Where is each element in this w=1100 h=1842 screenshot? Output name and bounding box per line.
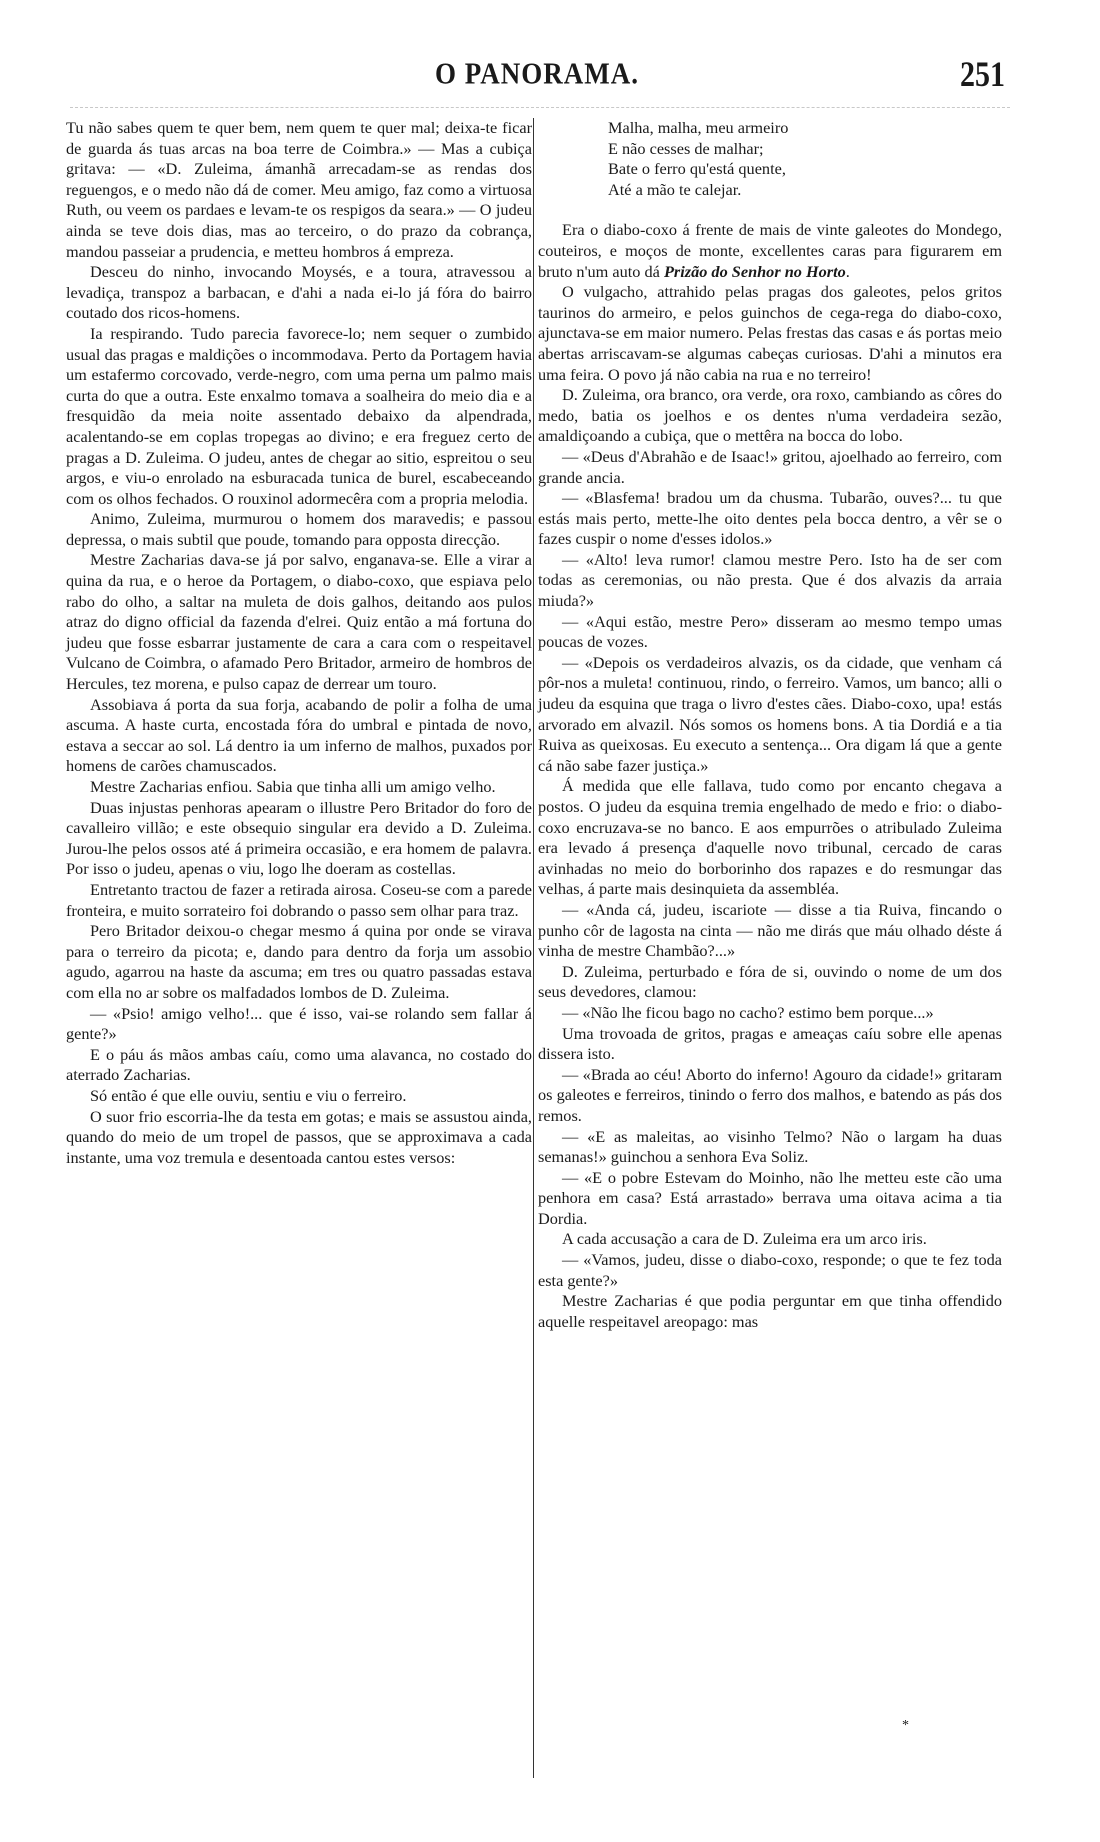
paragraph: Uma trovoada de gritos, pragas e ameaças… (538, 1024, 1002, 1065)
paragraph: — «Vamos, judeu, disse o diabo-coxo, res… (538, 1250, 1002, 1291)
paragraph: — «E as maleitas, ao visinho Telmo? Não … (538, 1127, 1002, 1168)
header-rule (70, 107, 1010, 108)
paragraph: O vulgacho, attrahido pelas pragas dos g… (538, 282, 1002, 385)
verse-line: Malha, malha, meu armeiro (608, 118, 1002, 139)
right-column: Malha, malha, meu armeiro E não cesses d… (538, 118, 1002, 1332)
paragraph: O suor frio escorria-lhe da testa em got… (66, 1107, 532, 1169)
page-number: 251 (960, 55, 1005, 96)
paragraph: Pero Britador deixou-o chegar mesmo á qu… (66, 921, 532, 1003)
left-column: Tu não sabes quem te quer bem, nem quem … (66, 118, 532, 1168)
paragraph: — «Blasfema! bradou um da chusma. Tubarã… (538, 488, 1002, 550)
paragraph: — «E o pobre Estevam do Moinho, não lhe … (538, 1168, 1002, 1230)
paragraph: Duas injustas penhoras apearam o illustr… (66, 798, 532, 880)
paragraph: Mestre Zacharias é que podia perguntar e… (538, 1291, 1002, 1332)
paragraph: A cada accusação a cara de D. Zuleima er… (538, 1229, 1002, 1250)
paragraph: Assobiava á porta da sua forja, acabando… (66, 695, 532, 777)
column-divider (533, 118, 534, 1778)
italic-title: Prizão do Senhor no Horto (664, 262, 846, 281)
paragraph: — «Não lhe ficou bago no cacho? estimo b… (538, 1003, 1002, 1024)
page-header: O PANORAMA. 251 (0, 58, 1100, 98)
paragraph: Tu não sabes quem te quer bem, nem quem … (66, 118, 532, 262)
asterisk-ornament: * (902, 1718, 909, 1734)
verse-line: Até a mão te calejar. (608, 180, 1002, 201)
paragraph: E o páu ás mãos ambas caíu, como uma ala… (66, 1045, 532, 1086)
paragraph: Entretanto tractou de fazer a retirada a… (66, 880, 532, 921)
paragraph: Desceu do ninho, invocando Moysés, e a t… (66, 262, 532, 324)
verse-line: E não cesses de malhar; (608, 139, 1002, 160)
paragraph: D. Zuleima, ora branco, ora verde, ora r… (538, 385, 1002, 447)
paragraph: — «Deus d'Abrahão e de Isaac!» gritou, a… (538, 447, 1002, 488)
paragraph: — «Brada ao céu! Aborto do inferno! Agou… (538, 1065, 1002, 1127)
paragraph: Mestre Zacharias dava-se já por salvo, e… (66, 550, 532, 694)
paragraph: Mestre Zacharias enfiou. Sabia que tinha… (66, 777, 532, 798)
paragraph: Ia respirando. Tudo parecia favorece-lo;… (66, 324, 532, 509)
paragraph: — «Aqui estão, mestre Pero» disseram ao … (538, 612, 1002, 653)
page-title: O PANORAMA. (435, 56, 639, 92)
paragraph: — «Alto! leva rumor! clamou mestre Pero.… (538, 550, 1002, 612)
paragraph: Só então é que elle ouviu, sentiu e viu … (66, 1086, 532, 1107)
paragraph: — «Depois os verdadeiros alvazis, os da … (538, 653, 1002, 777)
paragraph: — «Psio! amigo velho!... que é isso, vai… (66, 1004, 532, 1045)
paragraph: — «Anda cá, judeu, iscariote — disse a t… (538, 900, 1002, 962)
paragraph: Era o diabo-coxo á frente de mais de vin… (538, 220, 1002, 282)
verse-line: Bate o ferro qu'está quente, (608, 159, 1002, 180)
paragraph: Á medida que elle fallava, tudo como por… (538, 776, 1002, 900)
paragraph: D. Zuleima, perturbado e fóra de si, ouv… (538, 962, 1002, 1003)
verse-block: Malha, malha, meu armeiro E não cesses d… (608, 118, 1002, 200)
paragraph: Animo, Zuleima, murmurou o homem dos mar… (66, 509, 532, 550)
